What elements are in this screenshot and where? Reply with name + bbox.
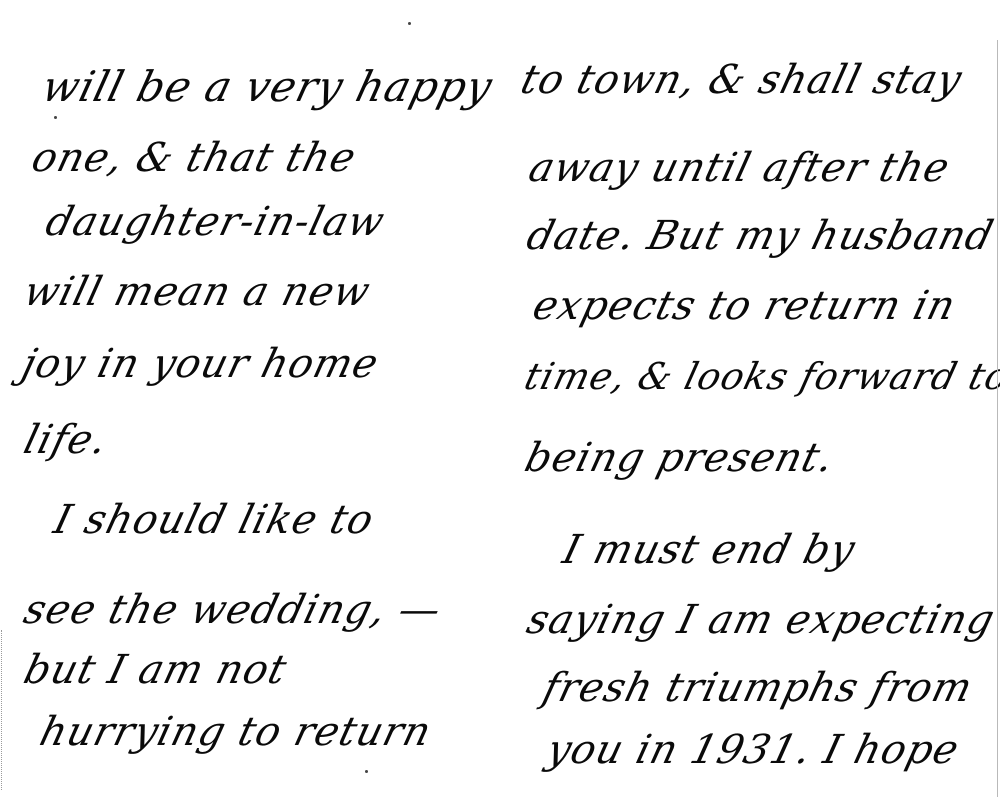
handwritten-line: one, & that the (28, 138, 360, 178)
handwritten-line: time, & looks forward to (521, 358, 1000, 395)
handwritten-line: but I am not (20, 650, 291, 690)
handwritten-line: away until after the (525, 148, 954, 188)
letter-page-right: to town, & shall stay away until after t… (495, 0, 1000, 797)
handwritten-line: life. (20, 420, 112, 460)
handwritten-line: hurrying to return (36, 712, 436, 752)
handwritten-line: fresh triumphs from (539, 668, 977, 708)
handwritten-line: I must end by (559, 530, 859, 570)
handwritten-line: will mean a new (20, 272, 374, 312)
ink-speck (408, 22, 411, 25)
ink-speck (54, 116, 57, 119)
handwritten-line: saying I am expecting (523, 600, 999, 640)
handwritten-line: expects to return in (529, 286, 960, 326)
handwritten-line: daughter-in-law (42, 202, 389, 242)
page-edge-line (997, 40, 998, 797)
handwritten-line: I should like to (50, 500, 378, 540)
scan-edge-artifact (1, 630, 3, 790)
handwritten-line: to town, & shall stay (517, 60, 966, 100)
handwritten-line: see the wedding, — (20, 590, 446, 630)
handwritten-line: will be a very happy (38, 66, 497, 108)
letter-page-left: will be a very happy one, & that the dau… (0, 0, 495, 797)
ink-speck (365, 770, 368, 773)
handwritten-line: date. But my husband (523, 216, 998, 256)
handwritten-line: you in 1931. I hope (543, 730, 963, 770)
handwritten-line: being present. (521, 438, 838, 478)
handwritten-line: joy in your home (18, 344, 383, 384)
